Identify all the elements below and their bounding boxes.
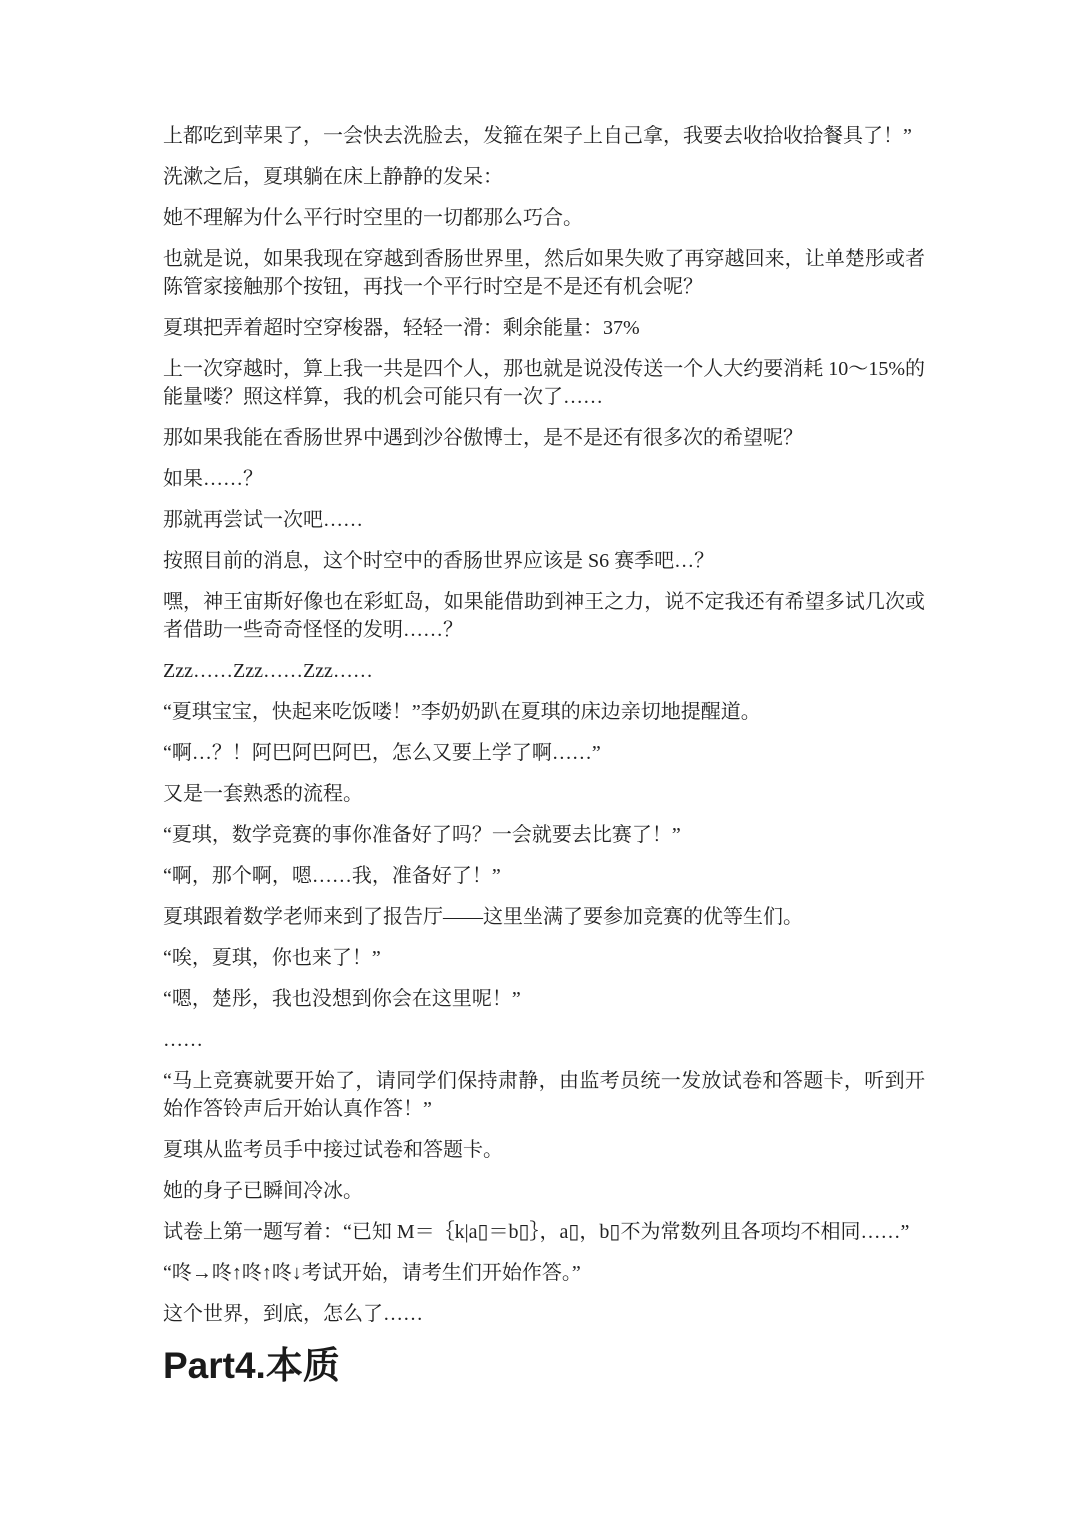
paragraph: ……	[163, 1026, 925, 1054]
document-page: 上都吃到苹果了，一会快去洗脸去，发箍在架子上自己拿，我要去收拾收拾餐具了！”洗漱…	[163, 122, 925, 1391]
paragraph: 这个世界，到底，怎么了……	[163, 1300, 925, 1328]
story-text-block: 上都吃到苹果了，一会快去洗脸去，发箍在架子上自己拿，我要去收拾收拾餐具了！”洗漱…	[163, 122, 925, 1328]
paragraph: “啊…？！阿巴阿巴阿巴，怎么又要上学了啊……”	[163, 739, 925, 767]
paragraph: 按照目前的消息，这个时空中的香肠世界应该是 S6 赛季吧…？	[163, 547, 925, 575]
paragraph: 她的身子已瞬间冷冰。	[163, 1177, 925, 1205]
paragraph: 如果……？	[163, 465, 925, 493]
paragraph: 那如果我能在香肠世界中遇到沙谷傲博士，是不是还有很多次的希望呢？	[163, 424, 925, 452]
paragraph: “嗯，楚彤，我也没想到你会在这里呢！”	[163, 985, 925, 1013]
paragraph: “夏琪，数学竞赛的事你准备好了吗？一会就要去比赛了！”	[163, 821, 925, 849]
section-heading: Part4.本质	[163, 1341, 925, 1391]
paragraph: 上一次穿越时，算上我一共是四个人，那也就是说没传送一个人大约要消耗 10～15%…	[163, 355, 925, 411]
paragraph: 试卷上第一题写着：“已知 M＝｛k|a▯＝b▯｝，a▯，b▯不为常数列且各项均不…	[163, 1218, 925, 1246]
paragraph: 也就是说，如果我现在穿越到香肠世界里，然后如果失败了再穿越回来，让单楚彤或者陈管…	[163, 245, 925, 301]
paragraph: 嘿，神王宙斯好像也在彩虹岛，如果能借助到神王之力，说不定我还有希望多试几次或者借…	[163, 588, 925, 644]
paragraph: “啊，那个啊，嗯……我，准备好了！”	[163, 862, 925, 890]
paragraph: Zzz……Zzz……Zzz……	[163, 657, 925, 685]
paragraph: 夏琪从监考员手中接过试卷和答题卡。	[163, 1136, 925, 1164]
paragraph: “咚→咚↑咚↑咚↓考试开始，请考生们开始作答。”	[163, 1259, 925, 1287]
paragraph: 那就再尝试一次吧……	[163, 506, 925, 534]
paragraph: 她不理解为什么平行时空里的一切都那么巧合。	[163, 204, 925, 232]
paragraph: 洗漱之后，夏琪躺在床上静静的发呆：	[163, 163, 925, 191]
paragraph: 夏琪把弄着超时空穿梭器，轻轻一滑：剩余能量：37%	[163, 314, 925, 342]
paragraph: “唉，夏琪，你也来了！”	[163, 944, 925, 972]
paragraph: 又是一套熟悉的流程。	[163, 780, 925, 808]
paragraph: 上都吃到苹果了，一会快去洗脸去，发箍在架子上自己拿，我要去收拾收拾餐具了！”	[163, 122, 925, 150]
paragraph: 夏琪跟着数学老师来到了报告厅——这里坐满了要参加竞赛的优等生们。	[163, 903, 925, 931]
paragraph: “夏琪宝宝，快起来吃饭喽！”李奶奶趴在夏琪的床边亲切地提醒道。	[163, 698, 925, 726]
paragraph: “马上竞赛就要开始了，请同学们保持肃静，由监考员统一发放试卷和答题卡，听到开始作…	[163, 1067, 925, 1123]
